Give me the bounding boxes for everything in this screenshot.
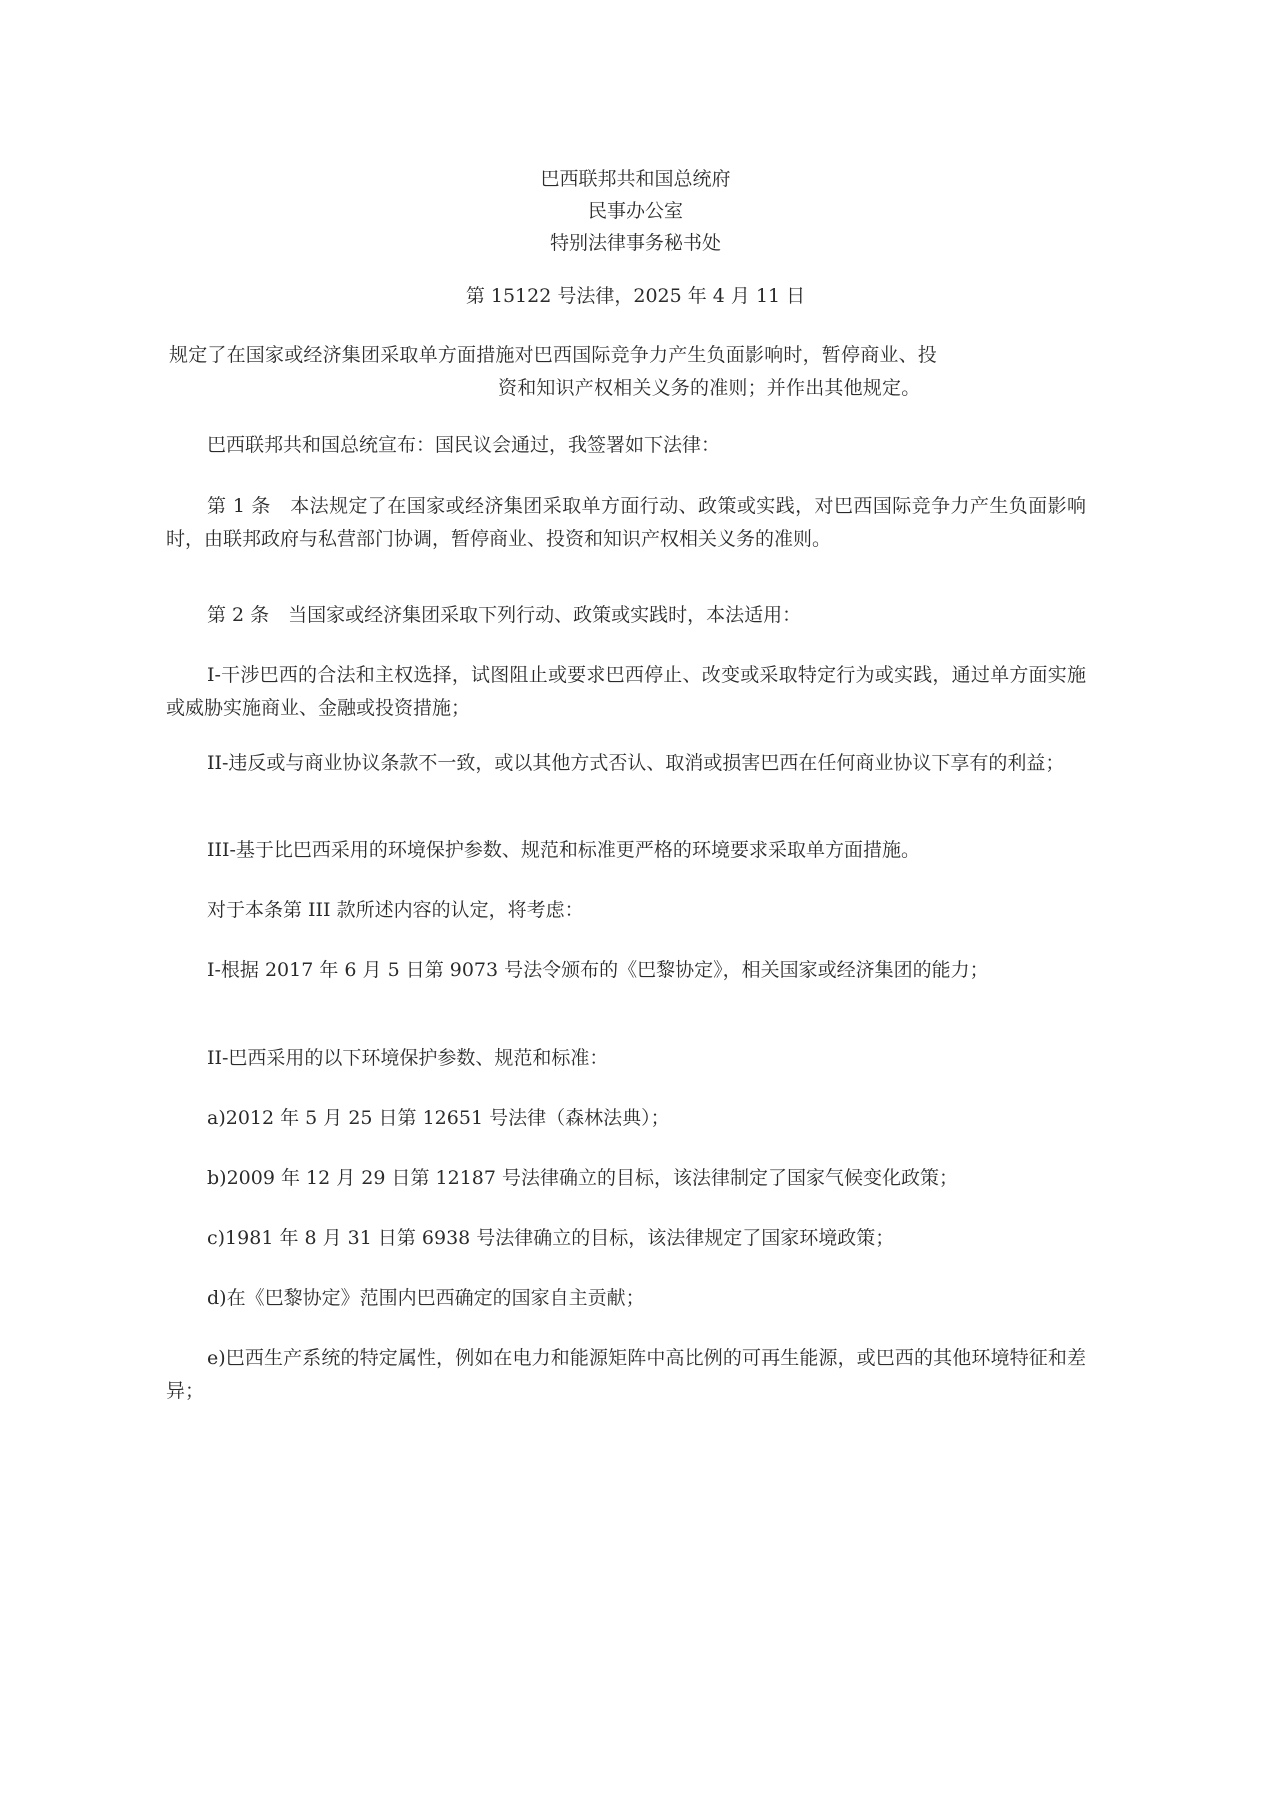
document-page: 巴西联邦共和国总统府 民事办公室 特别法律事务秘书处 第 15122 号法律，2… <box>0 0 1271 1801</box>
issuer-line-secretariat: 特别法律事务秘书处 <box>0 227 1271 259</box>
issuer-header: 巴西联邦共和国总统府 民事办公室 特别法律事务秘书处 <box>0 163 1271 259</box>
article-2-item-I: I-干涉巴西的合法和主权选择，试图阻止或要求巴西停止、改变或采取特定行为或实践，… <box>166 659 1086 725</box>
consideration-intro: 对于本条第 III 款所述内容的认定，将考虑： <box>166 894 1086 927</box>
issuer-line-civil-office: 民事办公室 <box>0 195 1271 227</box>
law-title: 第 15122 号法律，2025 年 4 月 11 日 <box>0 280 1271 312</box>
sub-item-b: b)2009 年 12 月 29 日第 12187 号法律确立的目标，该法律制定… <box>166 1162 1086 1195</box>
sub-item-a: a)2012 年 5 月 25 日第 12651 号法律（森林法典）； <box>166 1102 1086 1135</box>
preamble: 巴西联邦共和国总统宣布：国民议会通过，我签署如下法律： <box>166 429 1076 462</box>
issuer-line-presidency: 巴西联邦共和国总统府 <box>0 163 1271 195</box>
article-2-item-III: III-基于比巴西采用的环境保护参数、规范和标准更严格的环境要求采取单方面措施。 <box>166 834 1086 867</box>
article-1: 第 1 条 本法规定了在国家或经济集团采取单方面行动、政策或实践，对巴西国际竞争… <box>166 490 1086 556</box>
article-2-item-II: II-违反或与商业协议条款不一致，或以其他方式否认、取消或损害巴西在任何商业协议… <box>166 747 1086 780</box>
article-2-intro: 第 2 条 当国家或经济集团采取下列行动、政策或实践时，本法适用： <box>166 599 1086 632</box>
consideration-II: II-巴西采用的以下环境保护参数、规范和标准： <box>166 1042 1086 1075</box>
sub-item-d: d)在《巴黎协定》范围内巴西确定的国家自主贡献； <box>166 1282 1086 1315</box>
sub-item-c: c)1981 年 8 月 31 日第 6938 号法律确立的目标，该法律规定了国… <box>166 1222 1086 1255</box>
consideration-I: I-根据 2017 年 6 月 5 日第 9073 号法令颁布的《巴黎协定》，相… <box>166 954 1086 987</box>
sub-item-e: e)巴西生产系统的特定属性，例如在电力和能源矩阵中高比例的可再生能源，或巴西的其… <box>166 1342 1086 1408</box>
summary-line-2: 资和知识产权相关义务的准则；并作出其他规定。 <box>498 373 920 400</box>
summary-line-1: 规定了在国家或经济集团采取单方面措施对巴西国际竞争力产生负面影响时，暂停商业、投 <box>169 340 937 367</box>
